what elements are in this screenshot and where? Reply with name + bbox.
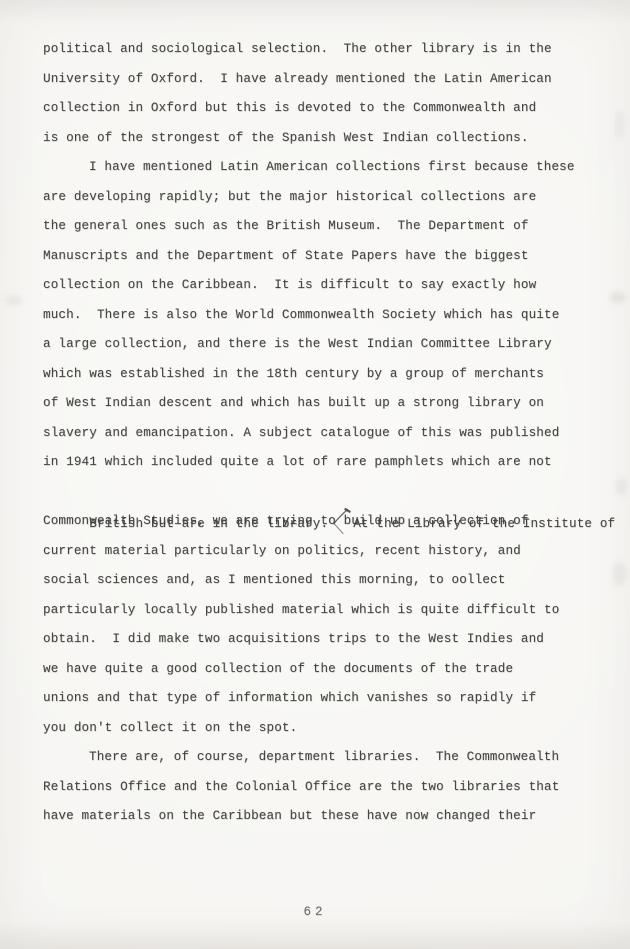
text-line-paragraph-start: There are, of course, department librari… [43,743,603,773]
scan-smudge [616,478,627,496]
text-line: political and sociological selection. Th… [43,35,603,65]
scan-smudge [610,292,626,303]
text-line: is one of the strongest of the Spanish W… [43,124,603,154]
scan-smudge [613,562,626,586]
text-line-paragraph-start: I have mentioned Latin American collecti… [43,153,603,183]
text-line: obtain. I did make two acquisitions trip… [43,625,603,655]
text-line-with-caret: British but are in the library. At the L… [43,478,603,508]
text-line: which was established in the 18th centur… [43,360,603,390]
text-line: Manuscripts and the Department of State … [43,242,603,272]
text-line: you don't collect it on the spot. [43,714,603,744]
scan-smudge [615,110,625,140]
text-line: social sciences and, as I mentioned this… [43,566,603,596]
text-line: of West Indian descent and which has bui… [43,389,603,419]
page-number: 62 [0,905,630,919]
text-line: particularly locally published material … [43,596,603,626]
text-line: we have quite a good collection of the d… [43,655,603,685]
text-line: collection in Oxford but this is devoted… [43,94,603,124]
text-line: have materials on the Caribbean but thes… [43,802,603,832]
scan-smudge [5,296,23,305]
text-line: collection on the Caribbean. It is diffi… [43,271,603,301]
text-line: Commonwealth Studies, we are trying to b… [43,507,603,537]
text-line: a large collection, and there is the Wes… [43,330,603,360]
text-line: Relations Office and the Colonial Office… [43,773,603,803]
text-line: the general ones such as the British Mus… [43,212,603,242]
text-line: unions and that type of information whic… [43,684,603,714]
text-line: in 1941 which included quite a lot of ra… [43,448,603,478]
text-line: University of Oxford. I have already men… [43,65,603,95]
scanned-document-page: political and sociological selection. Th… [0,0,630,949]
text-line: much. There is also the World Commonweal… [43,301,603,331]
text-line: current material particularly on politic… [43,537,603,567]
typewritten-text-block: political and sociological selection. Th… [43,35,603,832]
text-line: slavery and emancipation. A subject cata… [43,419,603,449]
text-line: are developing rapidly; but the major hi… [43,183,603,213]
